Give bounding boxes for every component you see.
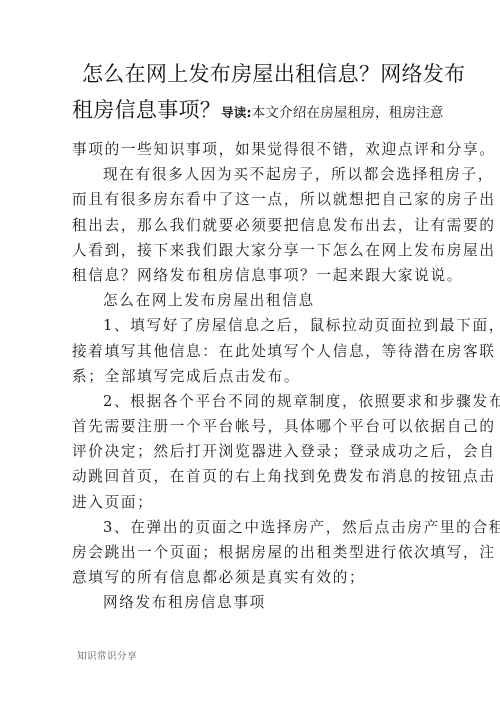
body-line: 怎么在网上发布房屋出租信息 (72, 288, 434, 313)
document-body: 事项的一些知识事项，如果觉得很不错，欢迎点评和分享。现在有很多人因为买不起房子，… (72, 137, 434, 616)
lead-text: 本文介绍在房屋租房，租房注意 (252, 105, 444, 121)
body-line: 租出去，那么我们就要必须要把信息发布出去，让有需要的 (72, 213, 434, 238)
body-line: 1、填写好了房屋信息之后，鼠标拉动页面拉到最下面， (72, 313, 434, 338)
body-line: 事项的一些知识事项，如果觉得很不错，欢迎点评和分享。 (72, 137, 434, 162)
body-line: 动跳回首页，在首页的右上角找到免费发布消息的按钮点击 (72, 464, 434, 489)
body-line: 租信息？网络发布租房信息事项？一起来跟大家说说。 (72, 263, 434, 288)
body-line: 3、在弹出的页面之中选择房产，然后点击房产里的合租 (72, 515, 434, 540)
document-title-line-2: 租房信息事项？导读:本文介绍在房屋租房，租房注意 (72, 94, 500, 124)
body-line: 2、根据各个平台不同的规章制度，依照要求和步骤发布。 (72, 389, 434, 414)
page-footer: 知识常识分享 (77, 648, 137, 662)
lead-label: 导读: (221, 105, 252, 120)
body-line: 网络发布租房信息事项 (72, 590, 434, 615)
body-line: 接着填写其他信息：在此处填写个人信息，等待潜在房客联 (72, 339, 434, 364)
body-line: 评价决定；然后打开浏览器进入登录；登录成功之后，会自 (72, 439, 434, 464)
body-line: 现在有很多人因为买不起房子，所以都会选择租房子， (72, 162, 434, 187)
body-line: 系；全部填写完成后点击发布。 (72, 364, 434, 389)
document-title-line-1: 怎么在网上发布房屋出租信息？网络发布 (82, 58, 500, 88)
body-line: 首先需要注册一个平台帐号，具体哪个平台可以依据自己的 (72, 414, 434, 439)
document-title-line-2-text: 租房信息事项？ (72, 98, 221, 122)
body-line: 人看到，接下来我们跟大家分享一下怎么在网上发布房屋出 (72, 238, 434, 263)
body-line: 意填写的所有信息都必须是真实有效的； (72, 565, 434, 590)
body-line: 房会跳出一个页面；根据房屋的出租类型进行依次填写，注 (72, 540, 434, 565)
body-line: 进入页面； (72, 490, 434, 515)
body-line: 而且有很多房东看中了这一点，所以就想把自己家的房子出 (72, 187, 434, 212)
